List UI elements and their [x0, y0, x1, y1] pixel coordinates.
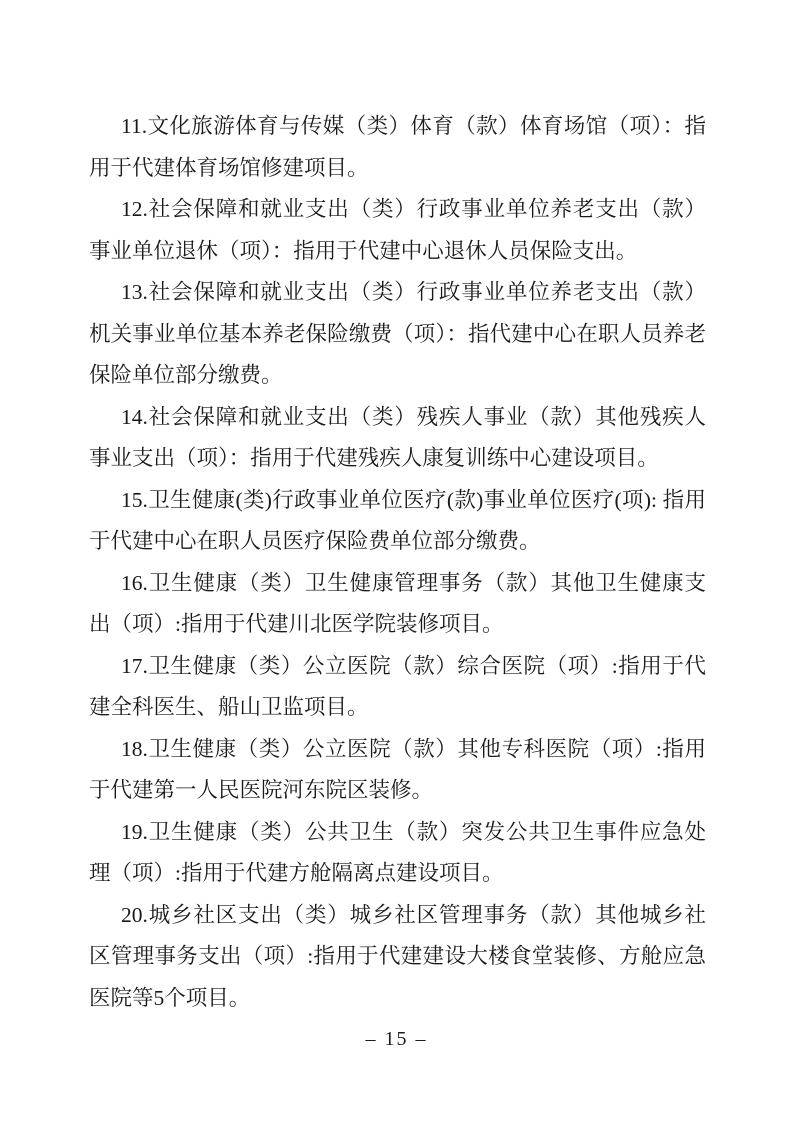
paragraph-item-13: 13.社会保障和就业支出（类）行政事业单位养老支出（款）机关事业单位基本养老保险…	[89, 272, 706, 397]
paragraph-item-20: 20.城乡社区支出（类）城乡社区管理事务（款）其他城乡社区管理事务支出（项）:指…	[89, 895, 706, 1020]
paragraph-item-18: 18.卫生健康（类）公立医院（款）其他专科医院（项）:指用于代建第一人民医院河东…	[89, 729, 706, 812]
paragraph-item-17: 17.卫生健康（类）公立医院（款）综合医院（项）:指用于代建全科医生、船山卫监项…	[89, 646, 706, 729]
page-number: – 15 –	[0, 1028, 793, 1051]
paragraph-item-16: 16.卫生健康（类）卫生健康管理事务（款）其他卫生健康支出（项）:指用于代建川北…	[89, 563, 706, 646]
document-body: 11.文化旅游体育与传媒（类）体育（款）体育场馆（项）：指用于代建体育场馆修建项…	[89, 106, 706, 1019]
document-page: 11.文化旅游体育与传媒（类）体育（款）体育场馆（项）：指用于代建体育场馆修建项…	[0, 0, 793, 1122]
paragraph-item-15: 15.卫生健康(类)行政事业单位医疗(款)事业单位医疗(项): 指用于代建中心在…	[89, 480, 706, 563]
paragraph-item-11: 11.文化旅游体育与传媒（类）体育（款）体育场馆（项）：指用于代建体育场馆修建项…	[89, 106, 706, 189]
paragraph-item-12: 12.社会保障和就业支出（类）行政事业单位养老支出（款）事业单位退休（项）：指用…	[89, 189, 706, 272]
paragraph-item-19: 19.卫生健康（类）公共卫生（款）突发公共卫生事件应急处理（项）:指用于代建方舱…	[89, 812, 706, 895]
paragraph-item-14: 14.社会保障和就业支出（类）残疾人事业（款）其他残疾人事业支出（项）：指用于代…	[89, 397, 706, 480]
